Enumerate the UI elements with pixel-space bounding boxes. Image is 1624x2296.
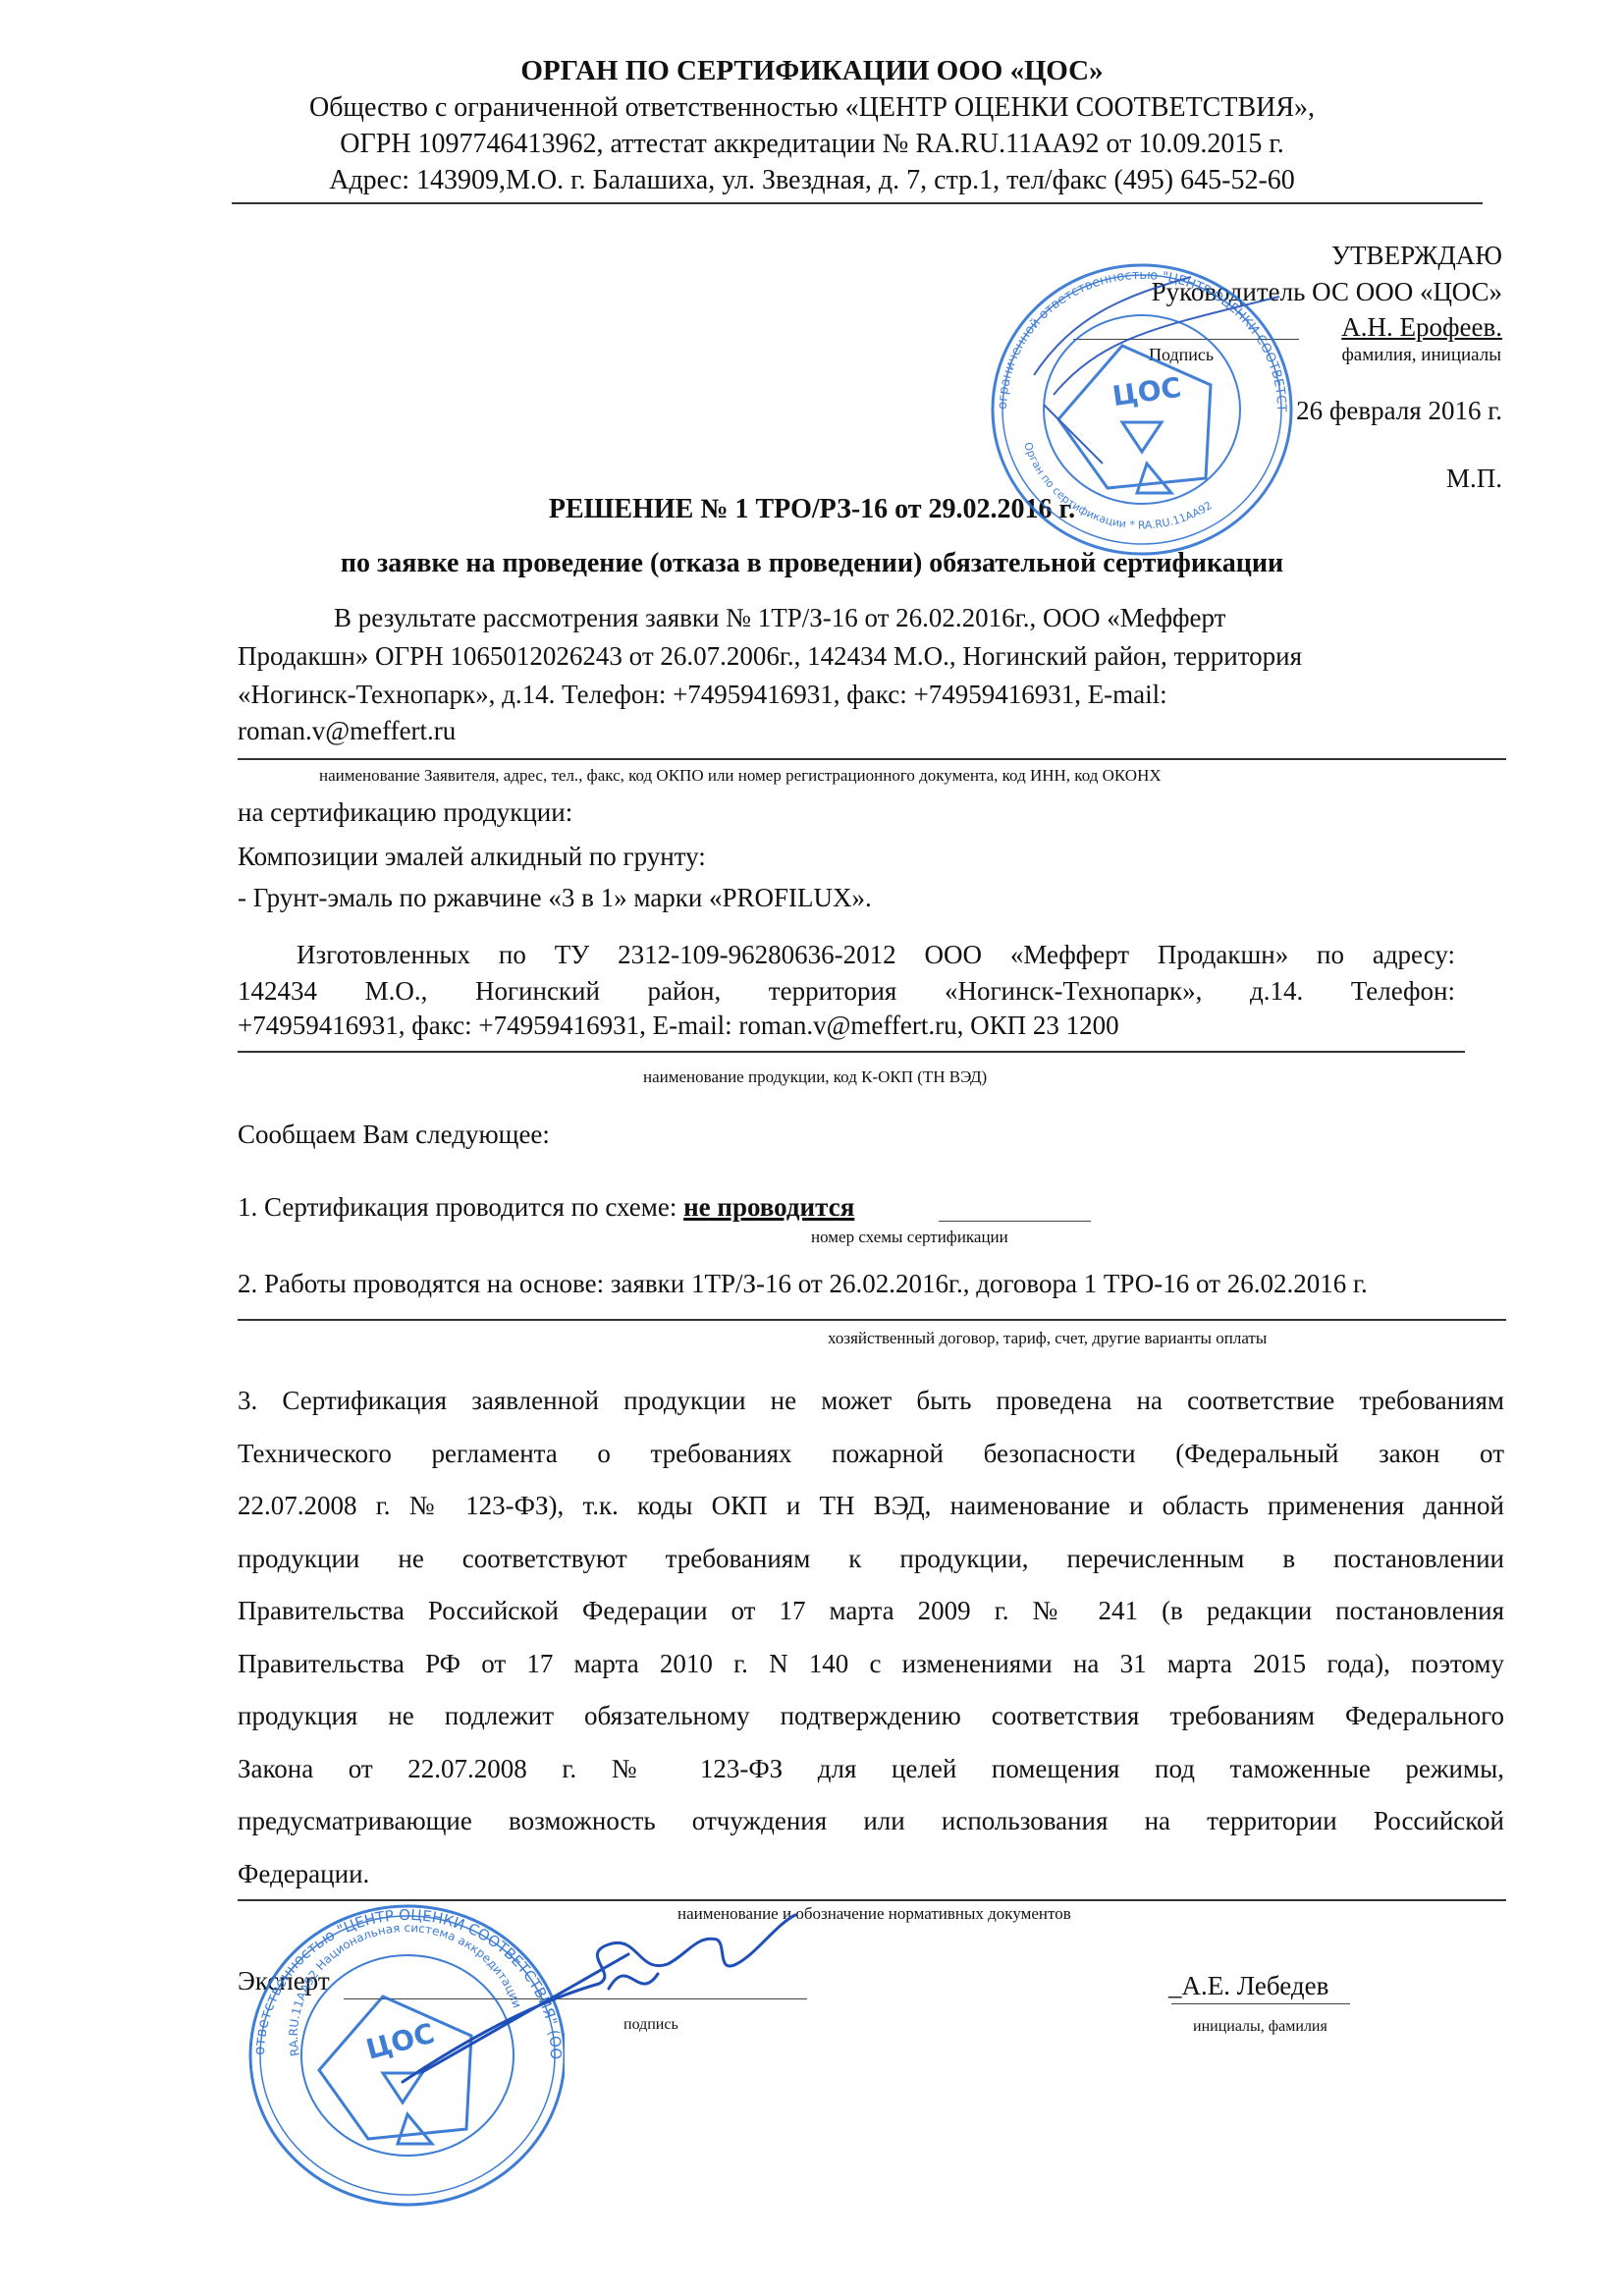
scheme-caption: номер схемы сертификации [811,1228,1008,1247]
manufacturer-line-1: Изготовленных по ТУ 2312-109-96280636-20… [238,935,1455,974]
notice-item-1: 1. Сертификация проводится по схеме: не … [238,1187,854,1227]
scheme-blank-line [939,1221,1091,1222]
expert-name-underline [1171,2003,1350,2004]
notice-item-3: 3. Сертификация заявленной продукции не … [238,1375,1504,1900]
notice-item-3-line: 3. Сертификация заявленной продукции не … [238,1375,1504,1428]
applicant-caption: наименование Заявителя, адрес, тел., фак… [319,766,1162,786]
manufacturer-line-2: 142434 М.О., Ногинский район, территория… [238,971,1455,1011]
organization-registration: ОГРН 1097746413962, аттестат аккредитаци… [0,129,1624,160]
payment-caption: хозяйственный договор, тариф, счет, друг… [828,1329,1267,1348]
header-divider [232,202,1483,204]
notice-item-3-line: 22.07.2008 г. № 123-ФЗ), т.к. коды ОКП и… [238,1480,1504,1533]
notice-item-2: 2. Работы проводятся на основе: заявки 1… [238,1264,1368,1303]
notice-item-3-line: Правительства Российской Федерации от 17… [238,1585,1504,1638]
applicant-email: roman.v@meffert.ru [238,711,456,750]
notice-item-3-line: продукция не подлежит обязательному подт… [238,1690,1504,1743]
approver-name: А.Н. Ерофеев. [1341,312,1502,343]
organization-stamp-top: ЦОС ограниченной ответственностью "ЦЕНТР… [985,257,1299,562]
notice-item-2-divider [238,1319,1506,1321]
notice-item-3-line: Правительства РФ от 17 марта 2010 г. N 1… [238,1638,1504,1691]
organization-address: Адрес: 143909,М.О. г. Балашиха, ул. Звез… [0,165,1624,196]
notice-item-3-line: Технического регламента о требованиях по… [238,1428,1504,1481]
product-caption: наименование продукции, код К-ОКП (ТН ВЭ… [643,1067,987,1087]
approver-name-label: фамилия, инициалы [1341,345,1501,366]
applicant-line-1: В результате рассмотрения заявки № 1ТР/З… [334,598,1225,637]
notice-intro: Сообщаем Вам следующее: [238,1115,550,1154]
notice-item-3-line: предусматривающие возможность отчуждения… [238,1795,1504,1848]
decision-subtitle: по заявке на проведение (отказа в провед… [0,548,1624,579]
notice-item-1-prefix: 1. Сертификация проводится по схеме: [238,1192,683,1222]
applicant-divider [238,758,1506,760]
product-category: Композиции эмалей алкидный по грунту: [238,837,706,876]
notice-item-3-line: Закона от 22.07.2008 г. № 123-ФЗ для цел… [238,1743,1504,1796]
seal-place-label: М.П. [1446,464,1502,494]
organization-title: ОРГАН ПО СЕРТИФИКАЦИИ ООО «ЦОС» [0,55,1624,87]
product-item: - Грунт-эмаль по ржавчине «3 в 1» марки … [238,878,872,917]
expert-signature [383,1895,854,2092]
notice-item-3-line: Федерации. [238,1848,1504,1901]
applicant-line-2: Продакшн» ОГРН 1065012026243 от 26.07.20… [238,636,1302,676]
expert-name-label: инициалы, фамилия [1193,2018,1327,2036]
product-intro: на сертификацию продукции: [238,793,572,832]
stamp-logo-text: ЦОС [1110,371,1183,412]
organization-full-name: Общество с ограниченной ответственностью… [0,92,1624,124]
approve-label: УТВЕРЖДАЮ [1331,241,1502,271]
expert-name: _А.Е. Лебедев [1168,1971,1328,2001]
certification-scheme-value: не проводится [683,1192,854,1222]
decision-title: РЕШЕНИЕ № 1 ТРО/РЗ-16 от 29.02.2016 г. [0,494,1624,525]
approval-date: 26 февраля 2016 г. [1296,396,1502,426]
notice-item-3-line: продукции не соответствуют требованиям к… [238,1533,1504,1586]
manufacturer-line-3: +74959416931, факс: +74959416931, E-mail… [238,1006,1119,1045]
product-divider [238,1051,1465,1053]
applicant-line-3: «Ногинск-Технопарк», д.14. Телефон: +749… [238,675,1167,714]
